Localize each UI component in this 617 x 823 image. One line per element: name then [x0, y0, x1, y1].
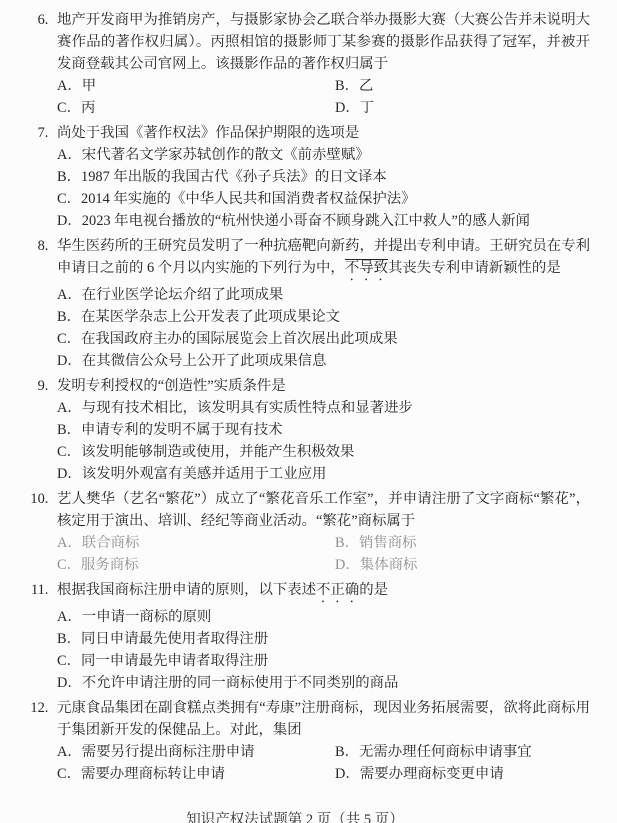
option-group: A．联合商标B．销售商标C．服务商标D．集体商标: [57, 532, 590, 576]
question: 10. 艺人樊华（艺名“繁花”）成立了“繁花音乐工作室”，并申请注册了文字商标“…: [0, 488, 590, 576]
option-A: A．与现有技术相比，该发明具有实质性特点和显著进步: [57, 397, 590, 419]
option-group: A．在行业医学论坛介绍了此项成果B．在某医学杂志上公开发表了此项成果论文C．在我…: [57, 284, 590, 372]
question-stem: 艺人樊华（艺名“繁花”）成立了“繁花音乐工作室”，并申请注册了文字商标“繁花”，…: [57, 488, 590, 532]
option-A: A．甲: [57, 75, 335, 97]
option-B: B．申请专利的发明不属于现有技术: [57, 419, 590, 441]
option-B: B．销售商标: [335, 532, 590, 554]
option-text: 申请专利的发明不属于现有技术: [81, 422, 282, 438]
option-D: D．需要办理商标变更申请: [335, 763, 590, 785]
question: 7. 尚处于我国《著作权法》作品保护期限的选项是 A．宋代著名文学家苏轼创作的散…: [0, 122, 590, 232]
option-text: 销售商标: [359, 535, 417, 551]
option-label: D．: [57, 353, 82, 369]
stem-text: 艺人樊华（艺名“繁花”）成立了“繁花音乐工作室”，并申请注册了文字商标“繁花”，…: [57, 491, 590, 529]
option-label: B．: [57, 631, 81, 647]
option-text: 宋代著名文学家苏轼创作的散文《前赤壁赋》: [82, 147, 370, 163]
option-label: D．: [57, 675, 82, 691]
question-stem: 华生医药所的王研究员发明了一种抗癌靶向新药，并提出专利申请。王研究员在专利申请日…: [57, 235, 590, 284]
option-label: A．: [57, 400, 82, 416]
option-text: 丙: [81, 100, 95, 116]
option-text: 乙: [359, 78, 373, 94]
stem-text: 其丧失专利申请新颖性的是: [388, 260, 561, 276]
option-C: C．需要办理商标转让申请: [57, 763, 335, 785]
option-label: A．: [57, 147, 82, 163]
question-number: 10.: [0, 488, 52, 510]
option-text: 服务商标: [81, 557, 139, 573]
stem-text: 尚处于我国《著作权法》作品保护期限的选项是: [57, 125, 359, 141]
option-C: C．同一申请最先申请者取得注册: [57, 650, 590, 672]
option-D: D．不允许申请注册的同一商标使用于不同类别的商品: [57, 672, 590, 694]
option-label: C．: [57, 557, 81, 573]
option-label: A．: [57, 287, 82, 303]
option-label: C．: [57, 653, 81, 669]
question-number: 12.: [0, 697, 52, 719]
option-text: 2023 年电视台播放的“杭州快递小哥奋不顾身跳入江中救人”的感人新闻: [82, 213, 530, 229]
question-stem: 地产开发商甲为推销房产，与摄影家协会乙联合举办摄影大赛（大赛公告并未说明大赛作品…: [57, 9, 590, 75]
option-text: 同一申请最先申请者取得注册: [81, 653, 268, 669]
option-D: D．2023 年电视台播放的“杭州快递小哥奋不顾身跳入江中救人”的感人新闻: [57, 210, 590, 232]
option-label: C．: [57, 444, 81, 460]
option-C: C．该发明能够制造或使用，并能产生积极效果: [57, 441, 590, 463]
option-label: B．: [57, 309, 81, 325]
option-label: D．: [335, 100, 360, 116]
option-text: 2014 年实施的《中华人民共和国消费者权益保护法》: [81, 191, 416, 207]
option-B: B．同日申请最先使用者取得注册: [57, 628, 590, 650]
stem-text: 的是: [359, 582, 388, 598]
option-text: 在其微信公众号上公开了此项成果信息: [82, 353, 327, 369]
option-label: A．: [57, 744, 82, 760]
stem-text: 地产开发商甲为推销房产，与摄影家协会乙联合举办摄影大赛（大赛公告并未说明大赛作品…: [57, 12, 590, 72]
question: 12. 元康食品集团在副食糕点类拥有“寿康”注册商标，现因业务拓展需要，欲将此商…: [0, 697, 590, 785]
option-group: A．与现有技术相比，该发明具有实质性特点和显著进步B．申请专利的发明不属于现有技…: [57, 397, 590, 485]
option-text: 丁: [360, 100, 374, 116]
option-label: C．: [57, 331, 81, 347]
option-label: A．: [57, 535, 82, 551]
option-C: C．服务商标: [57, 554, 335, 576]
option-D: D．集体商标: [335, 554, 590, 576]
option-D: D．在其微信公众号上公开了此项成果信息: [57, 350, 590, 372]
option-label: D．: [335, 557, 360, 573]
question-number: 9.: [0, 375, 52, 397]
option-text: 需要办理商标变更申请: [360, 766, 504, 782]
option-text: 联合商标: [82, 535, 140, 551]
option-label: B．: [335, 535, 359, 551]
option-text: 与现有技术相比，该发明具有实质性特点和显著进步: [82, 400, 413, 416]
option-text: 该发明外观富有美感并适用于工业应用: [82, 466, 327, 482]
option-D: D．丁: [335, 97, 590, 119]
question-stem: 元康食品集团在副食糕点类拥有“寿康”注册商标，现因业务拓展需要，欲将此商标用于集…: [57, 697, 590, 741]
option-group: A．宋代著名文学家苏轼创作的散文《前赤壁赋》B．1987 年出版的我国古代《孙子…: [57, 144, 590, 232]
question-stem: 根据我国商标注册申请的原则，以下表述不正确的是: [57, 579, 590, 606]
option-A: A．宋代著名文学家苏轼创作的散文《前赤壁赋》: [57, 144, 590, 166]
option-C: C．丙: [57, 97, 335, 119]
option-B: B．乙: [335, 75, 590, 97]
question-number: 7.: [0, 122, 52, 144]
stem-emphasized-text: 不正确: [316, 582, 359, 598]
option-label: C．: [57, 191, 81, 207]
option-label: A．: [57, 609, 82, 625]
option-A: A．需要另行提出商标注册申请: [57, 741, 335, 763]
option-text: 同日申请最先使用者取得注册: [81, 631, 268, 647]
option-text: 不允许申请注册的同一商标使用于不同类别的商品: [82, 675, 399, 691]
option-label: D．: [57, 466, 82, 482]
option-text: 在行业医学论坛介绍了此项成果: [82, 287, 283, 303]
option-label: B．: [335, 744, 359, 760]
question: 11. 根据我国商标注册申请的原则，以下表述不正确的是 A．一申请一商标的原则B…: [0, 579, 590, 694]
stem-emphasized-text: 不导致: [345, 260, 388, 276]
option-label: D．: [335, 766, 360, 782]
stem-text: 元康食品集团在副食糕点类拥有“寿康”注册商标，现因业务拓展需要，欲将此商标用于集…: [57, 700, 590, 738]
option-group: A．甲B．乙C．丙D．丁: [57, 75, 590, 119]
question: 6. 地产开发商甲为推销房产，与摄影家协会乙联合举办摄影大赛（大赛公告并未说明大…: [0, 9, 590, 119]
option-text: 在我国政府主办的国际展览会上首次展出此项成果: [81, 331, 398, 347]
option-label: C．: [57, 100, 81, 116]
question-number: 8.: [0, 235, 52, 257]
question-number: 11.: [0, 579, 52, 601]
question: 9. 发明专利授权的“创造性”实质条件是 A．与现有技术相比，该发明具有实质性特…: [0, 375, 590, 485]
option-group: A．需要另行提出商标注册申请B．无需办理任何商标申请事宜C．需要办理商标转让申请…: [57, 741, 590, 785]
page-footer: 知识产权法试题第 2 页（共 5 页）: [0, 809, 590, 823]
option-A: A．一申请一商标的原则: [57, 606, 590, 628]
option-label: B．: [57, 422, 81, 438]
option-B: B．无需办理任何商标申请事宜: [335, 741, 590, 763]
option-text: 1987 年出版的我国古代《孙子兵法》的日文译本: [81, 169, 387, 185]
question-number: 6.: [0, 9, 52, 31]
option-group: A．一申请一商标的原则B．同日申请最先使用者取得注册C．同一申请最先申请者取得注…: [57, 606, 590, 694]
stem-text: 发明专利授权的“创造性”实质条件是: [57, 378, 286, 394]
option-text: 无需办理任何商标申请事宜: [359, 744, 532, 760]
option-D: D．该发明外观富有美感并适用于工业应用: [57, 463, 590, 485]
option-label: B．: [57, 169, 81, 185]
option-text: 集体商标: [360, 557, 418, 573]
option-A: A．在行业医学论坛介绍了此项成果: [57, 284, 590, 306]
question-stem: 发明专利授权的“创造性”实质条件是: [57, 375, 590, 397]
option-label: A．: [57, 78, 82, 94]
option-B: B．在某医学杂志上公开发表了此项成果论文: [57, 306, 590, 328]
question-stem: 尚处于我国《著作权法》作品保护期限的选项是: [57, 122, 590, 144]
option-label: B．: [335, 78, 359, 94]
option-label: D．: [57, 213, 82, 229]
question: 8. 华生医药所的王研究员发明了一种抗癌靶向新药，并提出专利申请。王研究员在专利…: [0, 235, 590, 372]
option-text: 需要另行提出商标注册申请: [82, 744, 255, 760]
option-text: 在某医学杂志上公开发表了此项成果论文: [81, 309, 340, 325]
option-C: C．在我国政府主办的国际展览会上首次展出此项成果: [57, 328, 590, 350]
option-C: C．2014 年实施的《中华人民共和国消费者权益保护法》: [57, 188, 590, 210]
question-list: 6. 地产开发商甲为推销房产，与摄影家协会乙联合举办摄影大赛（大赛公告并未说明大…: [0, 9, 590, 785]
exam-page: 6. 地产开发商甲为推销房产，与摄影家协会乙联合举办摄影大赛（大赛公告并未说明大…: [0, 0, 617, 823]
option-text: 需要办理商标转让申请: [81, 766, 225, 782]
option-text: 一申请一商标的原则: [82, 609, 212, 625]
option-text: 该发明能够制造或使用，并能产生积极效果: [81, 444, 354, 460]
option-text: 甲: [82, 78, 96, 94]
option-A: A．联合商标: [57, 532, 335, 554]
stem-text: 根据我国商标注册申请的原则，以下表述: [57, 582, 316, 598]
option-label: C．: [57, 766, 81, 782]
option-B: B．1987 年出版的我国古代《孙子兵法》的日文译本: [57, 166, 590, 188]
